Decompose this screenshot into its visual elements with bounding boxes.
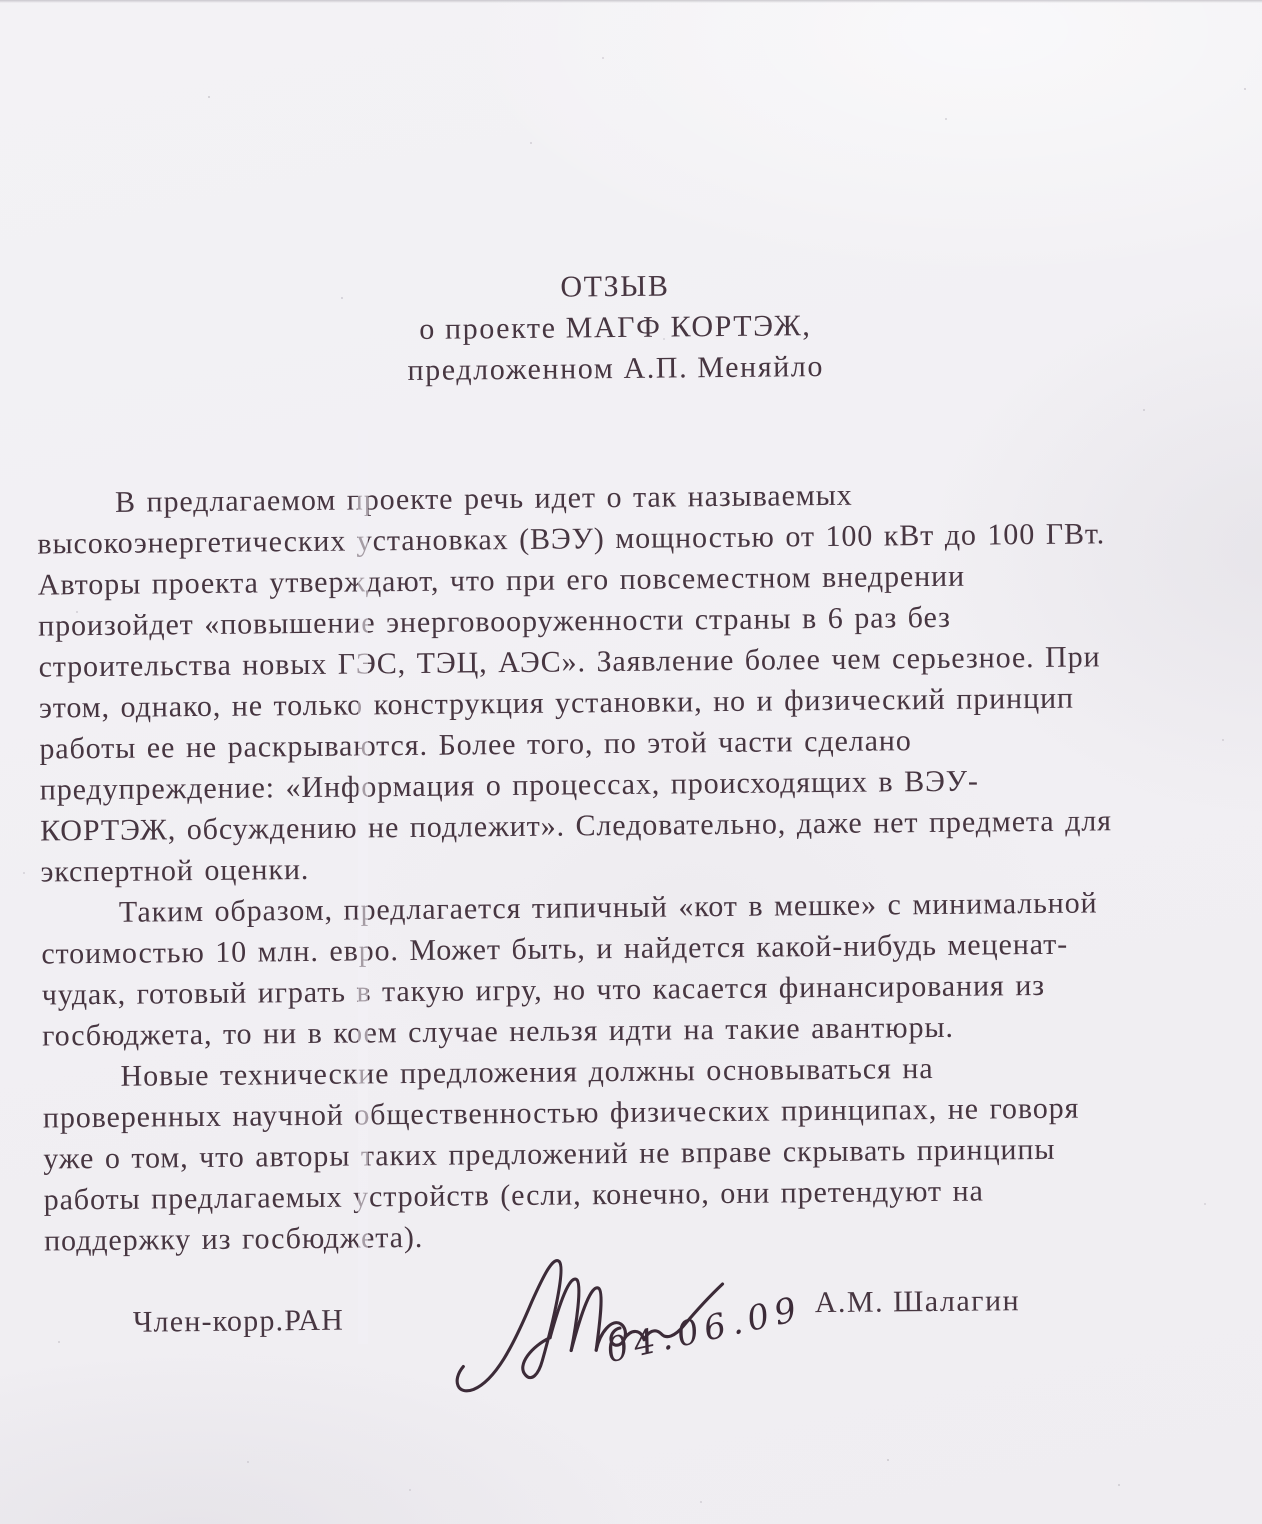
signoff-position-label: Член-корр.РАН: [133, 1304, 344, 1340]
document-body: В предлагаемом проекте речь идет о так н…: [37, 471, 1204, 1261]
scanned-document-page: ОТЗЫВ о проекте МАГФ КОРТЭЖ, предложенно…: [0, 0, 1262, 1524]
body-paragraph: В предлагаемом проекте речь идет о так н…: [37, 471, 1201, 892]
body-paragraph: Новые технические предложения должны осн…: [42, 1045, 1204, 1261]
paper-dust-specks: [0, 0, 2, 2]
body-paragraph: Таким образом, предлагается типичный «ко…: [41, 881, 1203, 1056]
title-block: ОТЗЫВ о проекте МАГФ КОРТЭЖ, предложенно…: [35, 260, 1196, 394]
signoff-name: А.М. Шалагин: [815, 1284, 1021, 1320]
document-content: ОТЗЫВ о проекте МАГФ КОРТЭЖ, предложенно…: [32, 0, 1207, 1524]
